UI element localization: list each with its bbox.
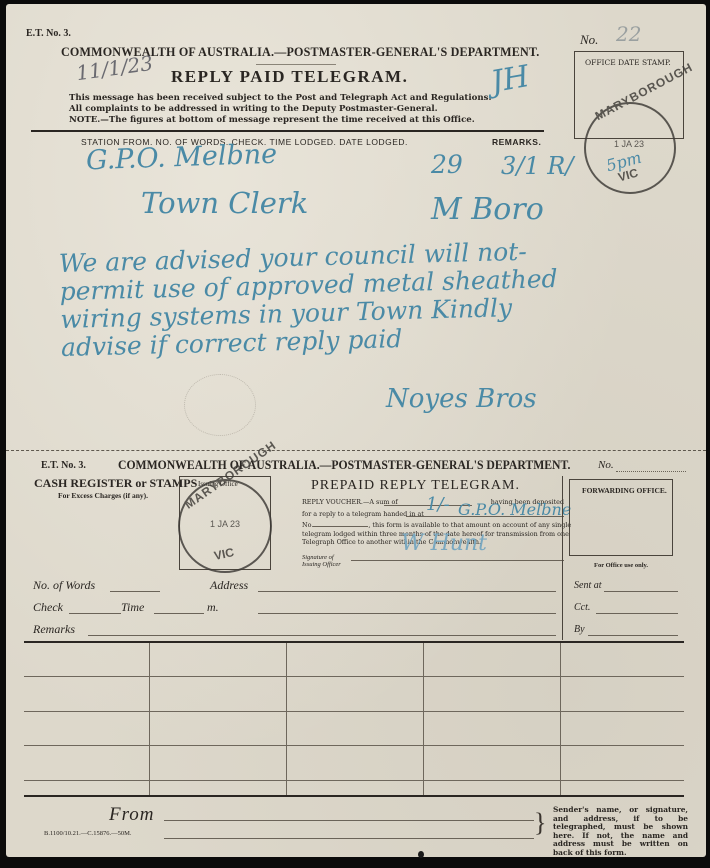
postmark-date: 1 JA 23 — [210, 519, 240, 529]
notice-line: This message has been received subject t… — [69, 93, 491, 104]
m-label: m. — [207, 600, 219, 615]
form-code: E.T. No. 3. — [26, 28, 71, 39]
voucher-line: No. — [302, 521, 313, 529]
handwritten-sum: 1/- — [426, 494, 450, 515]
lower-department-heading: COMMONWEALTH OF AUSTRALIA.—POSTMASTER-GE… — [118, 457, 570, 473]
address-field[interactable] — [258, 591, 556, 592]
from-label: From — [109, 804, 155, 826]
lower-form-code: E.T. No. 3. — [41, 460, 86, 471]
signature-label: Signature of Issuing Officer — [302, 554, 347, 568]
brace: } — [534, 808, 546, 838]
cash-register-label: CASH REGISTER or STAMPS — [34, 476, 197, 491]
remarks-header: REMARKS. — [492, 137, 541, 147]
voucher-line: , this form is available to that amount … — [368, 521, 571, 529]
office-use-label: For Office use only. — [594, 562, 648, 569]
time-lodged: 3/1 R/ — [501, 152, 573, 180]
word-count: 29 — [431, 150, 463, 179]
address-label: Address — [210, 578, 248, 593]
time-label: Time — [121, 600, 144, 615]
station-from: G.P.O. Melbne — [86, 139, 278, 177]
message-body: We are advised your council will not- pe… — [59, 237, 560, 362]
form-title: REPLY PAID TELEGRAM. — [171, 67, 408, 87]
postmark-date: 1 JA 23 — [614, 139, 644, 149]
notice-line: NOTE.—The figures at bottom of message r… — [69, 115, 491, 126]
check-label: Check — [33, 600, 63, 615]
by-label: By — [574, 624, 585, 635]
forwarding-office-box: FORWARDING OFFICE. — [569, 479, 673, 556]
handwritten-issuer-signature: W Hunt — [401, 531, 487, 556]
sent-at-label: Sent at — [574, 580, 602, 591]
recipient: Town Clerk — [141, 186, 308, 220]
handwritten-initials: JH — [488, 59, 532, 100]
sender-note: Sender's name, or signature, and address… — [553, 806, 688, 858]
notice-block: This message has been received subject t… — [69, 93, 491, 126]
punch-hole — [418, 851, 424, 858]
prepaid-title: PREPAID REPLY TELEGRAM. — [311, 478, 520, 494]
forwarding-office-label: FORWARDING OFFICE. — [582, 486, 667, 495]
from-field[interactable] — [164, 820, 534, 821]
number-value: 22 — [616, 22, 641, 46]
print-code: B.1100/10.21.—C.15876.—50M. — [44, 830, 132, 837]
excess-charges-label: For Excess Charges (if any). — [58, 491, 148, 500]
perforation-line — [6, 450, 706, 451]
office-date-stamp-label: OFFICE DATE STAMP. — [585, 58, 671, 67]
number-label: No. — [580, 32, 598, 48]
handwritten-office: G.P.O. Melbne — [458, 500, 571, 519]
recipient-place: M Boro — [431, 192, 544, 227]
postmark-state: VIC — [213, 545, 235, 563]
remarks-label: Remarks — [33, 622, 75, 637]
sender-signature: Noyes Bros — [386, 384, 537, 414]
postmark-lower: MARYBOROUGH 1 JA 23 VIC — [178, 479, 272, 573]
telegram-form: E.T. No. 3. COMMONWEALTH OF AUSTRALIA.—P… — [6, 4, 706, 857]
no-of-words-label: No. of Words — [33, 578, 95, 593]
faint-postmark — [184, 374, 256, 436]
notice-line: All complaints to be addressed in writin… — [69, 104, 491, 115]
cct-label: Cct. — [574, 602, 590, 613]
lower-number-label: No. — [598, 459, 614, 471]
postmark-upper: MARYBOROUGH 1 JA 23 VIC — [584, 102, 676, 194]
